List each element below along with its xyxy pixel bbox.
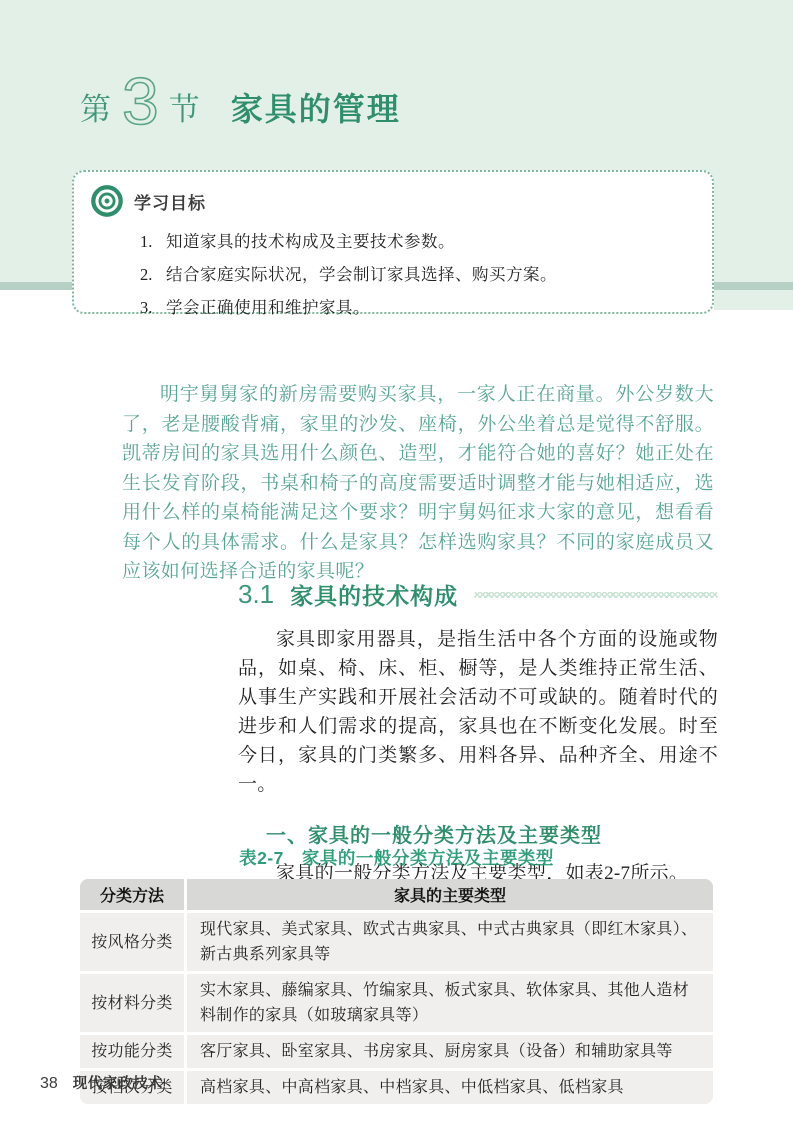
objective-text: 结合家庭实际状况，学会制订家具选择、购买方案。 bbox=[166, 258, 557, 291]
table-cell-method: 按功能分类 bbox=[80, 1035, 184, 1068]
table-cell-types: 高档家具、中高档家具、中档家具、中低档家具、低档家具 bbox=[187, 1071, 713, 1104]
intro-paragraph: 明宇舅舅家的新房需要购买家具，一家人正在商量。外公岁数大了，老是腰酸背痛，家里的… bbox=[122, 380, 714, 587]
objective-item: 1. 知道家具的技术构成及主要技术参数。 bbox=[140, 225, 694, 258]
book-title: 现代家政技术 bbox=[73, 1072, 163, 1093]
section-body-paragraph: 家具即家用器具，是指生活中各个方面的设施或物品，如桌、椅、床、柜、橱等，是人类维… bbox=[238, 625, 718, 799]
zigzag-decoration bbox=[474, 592, 718, 598]
chapter-title: 第 3 节 家具的管理 bbox=[80, 64, 401, 144]
table-row: 按档次分类 高档家具、中高档家具、中档家具、中低档家具、低档家具 bbox=[80, 1071, 713, 1104]
objectives-title: 学习目标 bbox=[134, 189, 206, 214]
page-footer: 38 现代家政技术 bbox=[40, 1072, 163, 1093]
chapter-number: 3 bbox=[122, 68, 159, 134]
section-heading: 3.1 家具的技术构成 bbox=[238, 578, 718, 611]
table-row: 按功能分类 客厅家具、卧室家具、书房家具、厨房家具（设备）和辅助家具等 bbox=[80, 1035, 713, 1068]
learning-objectives-box: 学习目标 1. 知道家具的技术构成及主要技术参数。 2. 结合家庭实际状况，学会… bbox=[72, 170, 714, 314]
page-number: 38 bbox=[40, 1075, 58, 1093]
table-header-row: 分类方法 家具的主要类型 bbox=[80, 879, 713, 910]
objective-item: 3. 学会正确使用和维护家具。 bbox=[140, 291, 694, 324]
table-row: 按风格分类 现代家具、美式家具、欧式古典家具、中式古典家具（即红木家具）、新古典… bbox=[80, 913, 713, 971]
target-icon bbox=[90, 184, 124, 218]
table-cell-types: 现代家具、美式家具、欧式古典家具、中式古典家具（即红木家具）、新古典系列家具等 bbox=[187, 913, 713, 971]
objectives-header: 学习目标 bbox=[90, 184, 694, 218]
table-2-7-block: 表2-7 家具的一般分类方法及主要类型 分类方法 家具的主要类型 按风格分类 现… bbox=[80, 845, 713, 1104]
subsection-heading: 一、家具的一般分类方法及主要类型 bbox=[266, 819, 718, 848]
table-cell-method: 按风格分类 bbox=[80, 913, 184, 971]
chapter-label-prefix: 第 bbox=[80, 84, 112, 129]
table-header-cell: 家具的主要类型 bbox=[187, 879, 713, 910]
textbook-page: 第 3 节 家具的管理 学习目标 1. 知道家具的技术构成及主要技术参数。 2.… bbox=[0, 0, 793, 1122]
section-title: 家具的技术构成 bbox=[290, 578, 458, 611]
table-header-cell: 分类方法 bbox=[80, 879, 184, 910]
table-caption: 表2-7 家具的一般分类方法及主要类型 bbox=[80, 845, 713, 870]
chapter-label-suffix: 节 bbox=[169, 84, 201, 129]
table-row: 按材料分类 实木家具、藤编家具、竹编家具、板式家具、软体家具、其他人造材料制作的… bbox=[80, 974, 713, 1032]
table-cell-method: 按材料分类 bbox=[80, 974, 184, 1032]
objective-number: 3. bbox=[140, 291, 166, 324]
table-cell-types: 实木家具、藤编家具、竹编家具、板式家具、软体家具、其他人造材料制作的家具（如玻璃… bbox=[187, 974, 713, 1032]
objectives-list: 1. 知道家具的技术构成及主要技术参数。 2. 结合家庭实际状况，学会制订家具选… bbox=[140, 225, 694, 324]
header-band-right-extension bbox=[714, 290, 793, 310]
objective-number: 2. bbox=[140, 258, 166, 291]
section-number: 3.1 bbox=[238, 579, 274, 610]
objective-number: 1. bbox=[140, 225, 166, 258]
chapter-title-text: 家具的管理 bbox=[231, 84, 401, 130]
table-cell-types: 客厅家具、卧室家具、书房家具、厨房家具（设备）和辅助家具等 bbox=[187, 1035, 713, 1068]
objective-item: 2. 结合家庭实际状况，学会制订家具选择、购买方案。 bbox=[140, 258, 694, 291]
classification-table: 分类方法 家具的主要类型 按风格分类 现代家具、美式家具、欧式古典家具、中式古典… bbox=[80, 879, 713, 1104]
objective-text: 知道家具的技术构成及主要技术参数。 bbox=[166, 225, 455, 258]
objective-text: 学会正确使用和维护家具。 bbox=[166, 291, 370, 324]
